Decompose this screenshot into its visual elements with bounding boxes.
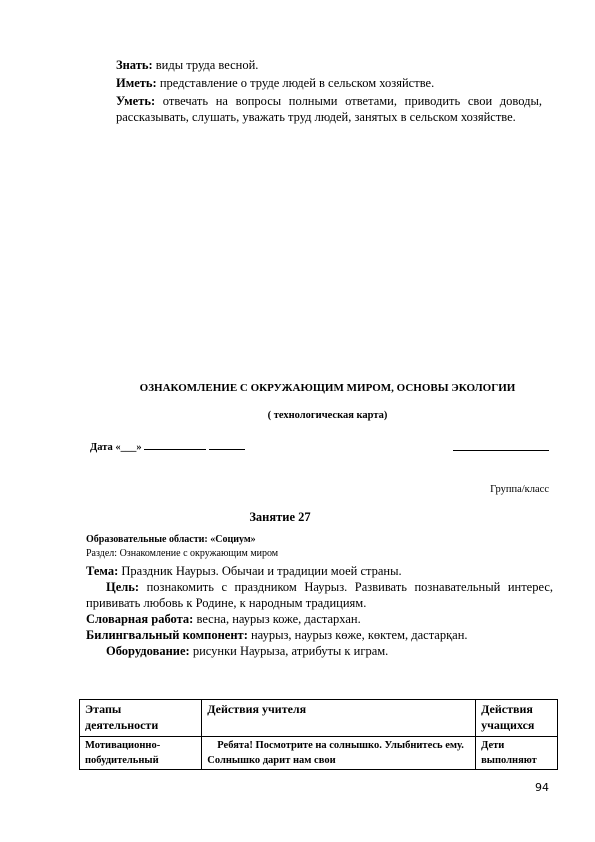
table-row: Мотивационно-побудительный Ребята! Посмо… (80, 737, 558, 770)
table-header-cell: Действия учащихся (476, 700, 558, 737)
lesson-goal-label: Цель: (106, 580, 139, 594)
lesson-theme-label: Тема: (86, 564, 118, 578)
document-title: ОЗНАКОМЛЕНИЕ С ОКРУЖАЮЩИМ МИРОМ, ОСНОВЫ … (60, 382, 595, 394)
table-cell-teacher: Ребята! Посмотрите на солнышко. Улыбните… (202, 737, 476, 770)
objective-have-label: Иметь: (116, 76, 157, 90)
group-label: Группа/класс (490, 484, 549, 495)
lesson-goal: Цель: познакомить с праздником Наурыз. Р… (86, 579, 553, 611)
objective-know: Знать: виды труда весной. (116, 57, 542, 73)
table-header-row: Этапы деятельности Действия учителя Дейс… (80, 700, 558, 737)
table-header-cell: Действия учителя (202, 700, 476, 737)
lesson-areas: Образовательные области: «Социум» (86, 533, 553, 547)
objective-have-text: представление о труде людей в сельском х… (157, 76, 435, 90)
lesson-equipment-text: рисунки Наурыза, атрибуты к играм. (190, 644, 389, 658)
lesson-goal-text: познакомить с праздником Наурыз. Развива… (86, 580, 553, 610)
table-cell-students: Дети выполняют (476, 737, 558, 770)
objective-can-label: Уметь: (116, 94, 155, 108)
lesson-section: Раздел: Ознакомление с окружающим миром (86, 547, 553, 561)
lesson-vocabulary-text: весна, наурыз коже, дастархан. (193, 612, 360, 626)
objectives-block: Знать: виды труда весной. Иметь: предста… (116, 57, 542, 125)
objective-can-text: отвечать на вопросы полными ответами, пр… (116, 94, 542, 124)
objective-have: Иметь: представление о труде людей в сел… (116, 75, 542, 91)
lesson-bilingual-label: Билингвальный компонент: (86, 628, 248, 642)
lesson-bilingual-text: наурыз, наурыз көже, көктем, дастарқан. (248, 628, 468, 642)
table-cell-stage: Мотивационно-побудительный (80, 737, 202, 770)
lesson-title: Занятие 27 (220, 510, 340, 525)
table-header-cell: Этапы деятельности (80, 700, 202, 737)
lesson-theme: Тема: Праздник Наурыз. Обычаи и традиции… (86, 563, 553, 579)
lesson-bilingual: Билингвальный компонент: наурыз, наурыз … (86, 627, 553, 643)
lesson-vocabulary-label: Словарная работа: (86, 612, 193, 626)
date-field: Дата «___» (90, 438, 245, 453)
objective-know-text: виды труда весной. (153, 58, 259, 72)
document-subtitle: ( технологическая карта) (60, 410, 595, 421)
lesson-details: Образовательные области: «Социум» Раздел… (86, 533, 553, 659)
lesson-theme-text: Праздник Наурыз. Обычаи и традиции моей … (118, 564, 401, 578)
date-month-line (144, 438, 206, 450)
page-number: 94 (535, 781, 549, 794)
lesson-equipment: Оборудование: рисунки Наурыза, атрибуты … (86, 643, 553, 659)
objective-know-label: Знать: (116, 58, 153, 72)
objective-can: Уметь: отвечать на вопросы полными ответ… (116, 93, 542, 125)
date-year-line (209, 438, 245, 450)
lesson-vocabulary: Словарная работа: весна, наурыз коже, да… (86, 611, 553, 627)
date-label: Дата «___» (90, 442, 142, 453)
group-signature-line (453, 450, 549, 451)
lesson-equipment-label: Оборудование: (106, 644, 190, 658)
lesson-plan-table: Этапы деятельности Действия учителя Дейс… (79, 699, 558, 770)
